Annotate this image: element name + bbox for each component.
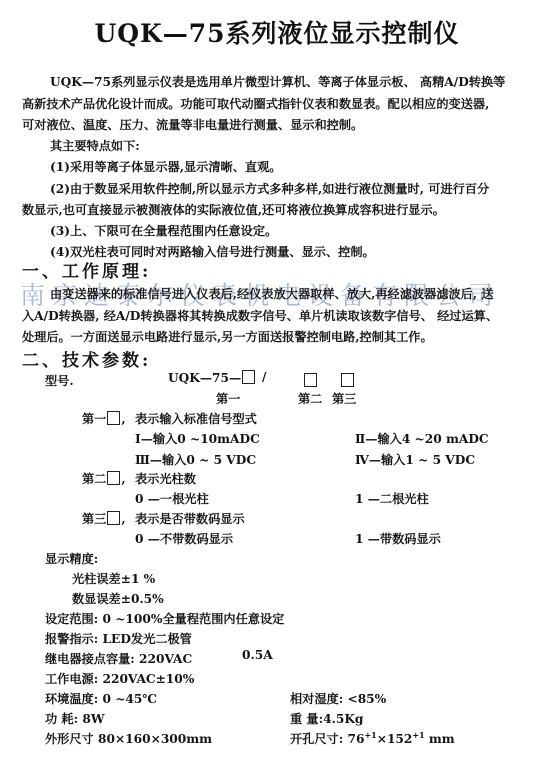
third-digit-row: 第三, xyxy=(82,510,126,527)
relay-current: 0.5A xyxy=(242,648,273,662)
second-digit-box xyxy=(303,370,318,389)
bar-option-2: 1 —二根光柱 xyxy=(355,490,429,507)
features-heading: 其主要特点如下: xyxy=(50,136,140,156)
feature-item: (2)由于数显采用软件控制,所以显示方式多种多样,如进行液位测量时, 可进行百分 xyxy=(50,179,489,199)
second-digit-row: 第二, xyxy=(82,470,126,487)
setting-range: 设定范围: 0 ~100%全量程范围内任意设定 xyxy=(45,610,284,627)
digital-option-1: 0 —不带数码显示 xyxy=(135,530,233,547)
first-digit-label: 第一 xyxy=(82,412,106,426)
power-consumption: 功 耗: 8W xyxy=(45,710,105,727)
feature-item: (3)上、下限可在全量程范围内任意设定。 xyxy=(50,221,277,241)
first-digit-box xyxy=(242,370,255,384)
input-option-4: Ⅳ—输入1 ~ 5 VDC xyxy=(355,451,475,468)
principle-line-3: 处理后。一方面送显示电路进行显示,另一方面送报警控制电路,控制其工作。 xyxy=(22,327,433,347)
model-code: UQK—75— xyxy=(168,370,256,385)
position-third-label: 第三 xyxy=(332,390,356,407)
accuracy-bar: 光柱误差±1 % xyxy=(72,570,155,587)
relative-humidity: 相对湿度: <85% xyxy=(290,690,386,707)
feature-item: 数显示,也可直接显示被测液体的实际液位值,还可将液位换算成容积进行显示。 xyxy=(22,200,445,220)
bar-option-1: 0 —一根光柱 xyxy=(135,490,209,507)
outer-dimensions: 外形尺寸 80×160×300mm xyxy=(45,730,212,747)
accuracy-label: 显示精度: xyxy=(45,550,98,567)
accuracy-digital: 数显误差±0.5% xyxy=(72,590,164,607)
model-slash: / xyxy=(262,370,266,384)
feature-item: (1)采用等离子体显示器,显示清晰、直观。 xyxy=(50,157,281,177)
position-second-label: 第二 xyxy=(298,390,322,407)
third-digit-desc: 表示是否带数码显示 xyxy=(135,510,245,527)
intro-line-3: 可对液位、温度、压力、流量等非电量进行测量、显示和控制。 xyxy=(22,115,363,135)
second-digit-desc: 表示光柱数 xyxy=(135,470,196,487)
third-digit-box xyxy=(340,370,355,389)
third-digit-label: 第三 xyxy=(82,512,106,526)
first-digit-desc: 表示输入标准信号型式 xyxy=(135,410,257,427)
relay-capacity: 继电器接点容量: 220VAC xyxy=(45,650,192,667)
power-supply: 工作电源: 220VAC±10% xyxy=(45,670,194,687)
digital-option-2: 1 —带数码显示 xyxy=(355,530,441,547)
first-digit-row: 第一, xyxy=(82,410,126,427)
section-heading-technical-params: 二、技术参数: xyxy=(22,346,151,371)
input-option-3: Ⅲ—输入0 ~ 5 VDC xyxy=(135,451,256,468)
input-option-2: Ⅱ—输入4 ~20 mADC xyxy=(355,430,489,447)
position-first-label: 第一 xyxy=(216,390,240,407)
intro-line-1: UQK—75系列显示仪表是选用单片微型计算机、等离子体显示板、 高精A/D转换等 xyxy=(50,72,505,92)
intro-line-2: 高新技术产品优化设计而成。功能可取代动圈式指针仪表和数显表。配以相应的变送器, xyxy=(22,94,489,114)
document-title: UQK—75系列液位显示控制仪 xyxy=(0,14,554,50)
cutout-dimensions: 开孔尺寸: 76+1×152+1 mm xyxy=(290,730,455,747)
weight: 重 量:4.5Kg xyxy=(290,710,363,727)
model-prefix: UQK—75— xyxy=(168,371,241,385)
alarm-indication: 报警指示: LED发光二极管 xyxy=(45,630,192,647)
model-label: 型号. xyxy=(45,372,74,389)
input-option-1: Ⅰ—输入0 ~10mADC xyxy=(135,430,260,447)
principle-line-1: 由变送器来的标准信号进入仪表后,经仪表放大器取样、放大,再经滤波器滤波后, 送 xyxy=(50,284,494,304)
ambient-temperature: 环境温度: 0 ~45℃ xyxy=(45,690,157,707)
principle-line-2: 入A/D转换器, 经A/D转换器将其转换成数字信号、单片机读取该数字信号、 经过… xyxy=(22,306,498,326)
second-digit-label: 第二 xyxy=(82,472,106,486)
